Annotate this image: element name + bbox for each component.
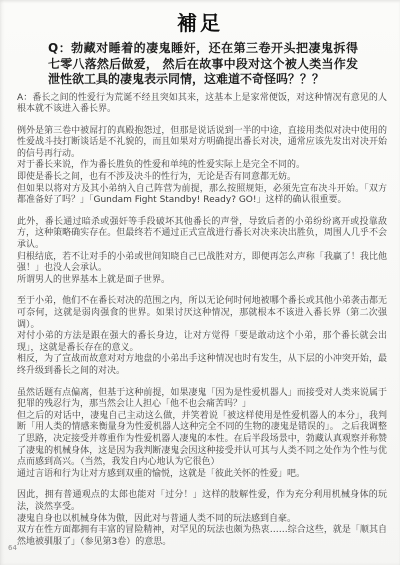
answer-paragraph: 相反，为了宣战而故意对对方地盘的小弟出手这种情况也时有发生，从下层的小冲突开始，… [17, 354, 387, 377]
answer-paragraph-group: 因此，拥有普通观点的太郎也能对「过分！」这样的肢解性爱，作为充分利用机械身体的玩… [17, 490, 387, 548]
answer-paragraph: 所谓男人的世界基本上就是面子世界。 [17, 275, 387, 287]
answer-paragraph: 虽然话题有点偏离，但基于这种前提，如果凄鬼「因为是性爱机器人」而接受对人类来说属… [17, 388, 387, 411]
answer-paragraph: 归根结底，若不让对手的小弟或世间知晓自己已战胜对方，即便再怎么声称「我赢了！我比… [17, 252, 387, 275]
answer-paragraph: 但如果以将对方及其小弟纳入自己阵营为前提，那么按照规矩，必须先宣布决斗开始。「双… [17, 184, 387, 207]
answer-paragraph: 凄鬼自身也以机械身体为傲，因此对与普通人类不同的玩法感到自豪。 [17, 514, 387, 526]
answer-paragraph-group: A：番长之间的性爱行为荒诞不经且突如其来，这基本上是家常便饭，对这种情况有意见的… [17, 93, 387, 116]
answer-text: A：番长之间的性爱行为荒诞不经且突如其来，这基本上是家常便饭，对这种情况有意见的… [17, 93, 387, 549]
answer-paragraph-group: 此外，番长通过暗杀或强奸等手段破坏其他番长的声誉，导致后者的小弟纷纷离开或投靠敌… [17, 217, 387, 287]
answer-paragraph-group: 虽然话题有点偏离，但基于这种前提，如果凄鬼「因为是性爱机器人」而接受对人类来说属… [17, 388, 387, 481]
answer-paragraph: 至于小弟，他们不在番长对决的范围之内，所以无论何时何地被哪个番长或其他小弟袭击都… [17, 296, 387, 331]
answer-paragraph: 对付小弟的方法是跟在强大的番长身边，让对方觉得「要是敢动这个小弟，那个番长就会出… [17, 331, 387, 354]
answer-paragraph: 对于番长来说，作为番长胜负的性爱和单纯的性爱实际上是完全不同的。 [17, 160, 387, 172]
document-page: 補足 Q：勃藏对睡着的凄鬼睡奸，还在第三卷开头把凄鬼拆得七零八落然后做爱， 然后… [0, 0, 400, 565]
answer-paragraph-group: 至于小弟，他们不在番长对决的范围之内，所以无论何时何地被哪个番长或其他小弟袭击都… [17, 296, 387, 377]
page-title: 補足 [0, 0, 400, 35]
answer-paragraph-group: 例外是第三卷中被屌打的真殿抱怨过，但那是说话说到一半的中途，直接用类似对决中使用… [17, 126, 387, 207]
page-number: 64 [8, 544, 17, 552]
answer-paragraph: 双方在性方面都拥有丰富的冒险精神，对罕见的玩法也颇为热衷……综合这些，就是「顺其… [17, 525, 387, 548]
answer-paragraph: 但之后的对话中，凄鬼自己主动这么做，并笑着说「被这样使用是性爱机器人的本分」，我… [17, 411, 387, 469]
answer-paragraph: 例外是第三卷中被屌打的真殿抱怨过，但那是说话说到一半的中途，直接用类似对决中使用… [17, 126, 387, 161]
answer-paragraph: 即使是番长之间，也有不涉及决斗的性行为，无论是否有同意都无妨。 [17, 172, 387, 184]
answer-paragraph: 此外，番长通过暗杀或强奸等手段破坏其他番长的声誉，导致后者的小弟纷纷离开或投靠敌… [17, 217, 387, 252]
answer-paragraph: 通过言语和行为让对方感到双重的愉悦，这就是「彼此关怀的性爱」吧。 [17, 469, 387, 481]
answer-paragraph: A：番长之间的性爱行为荒诞不经且突如其来，这基本上是家常便饭，对这种情况有意见的… [17, 93, 387, 116]
answer-paragraph: 因此，拥有普通观点的太郎也能对「过分！」这样的肢解性爱，作为充分利用机械身体的玩… [17, 490, 387, 513]
question-text: Q：勃藏对睡着的凄鬼睡奸，还在第三卷开头把凄鬼拆得七零八落然后做爱， 然后在故事… [48, 41, 358, 88]
